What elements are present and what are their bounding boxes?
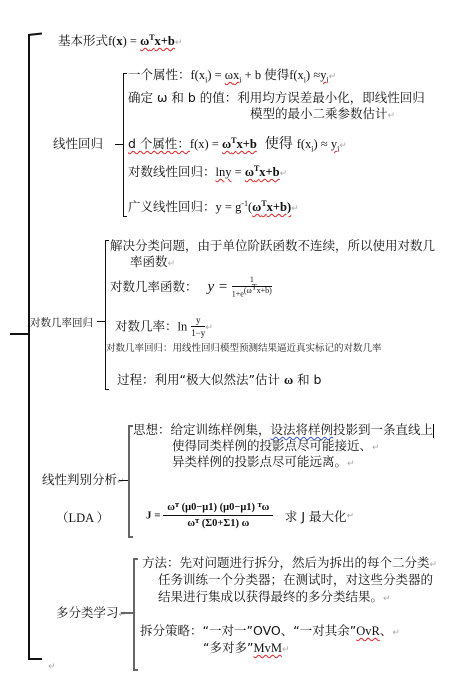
lr-item-log-linear: 对数线性回归：lny = ωTx+b↵ [128, 164, 287, 182]
logr-item-motivation: 解决分类问题，由于单位阶跃函数不连续，所以使用对数几 [110, 238, 435, 254]
lda-idea-line3: 异类样例的投影点尽可能远离。↵ [172, 454, 355, 472]
lda-idea: 思想：给定训练样例集，设法将样例投影到一条直线上 [133, 422, 434, 438]
paragraph-mark: ↵ [175, 38, 183, 48]
lda-subtitle: （LDA ） [56, 510, 109, 526]
lda-tick [119, 480, 128, 481]
logistic-regression-bracket-top [105, 240, 109, 241]
multiclass-bracket-bottom [133, 669, 138, 671]
main-bracket-bottom [28, 658, 42, 660]
linear-regression-title: 线性回归 [53, 136, 103, 152]
sigmoid-fraction: 11+e(ωTx+b) [232, 274, 272, 300]
multiclass-method: 方法：先对问题进行拆分，然后为拆出的每个二分类↵ [142, 555, 437, 573]
logistic-regression-bracket [105, 240, 106, 390]
logr-item-motivation-cont: 率函数↵ [130, 254, 175, 272]
basic-form-label: 基本形式 [58, 33, 108, 48]
logistic-regression-tick [97, 321, 105, 322]
multiclass-method-line3: 结果进行集成以获得最终的多分类结果。↵ [158, 589, 391, 607]
paragraph-mark-end: ↵ [48, 662, 56, 672]
lr-item-generalized: 广义线性回归：y = g-1(ωTx+b)↵ [128, 199, 299, 217]
main-bracket-tick [10, 333, 28, 335]
log-odds-fraction: y1−y [191, 314, 205, 339]
basic-form: 基本形式f(x) = ωTx+b↵ [58, 33, 182, 51]
text-cursor [433, 424, 434, 438]
multiclass-bracket [133, 558, 135, 670]
lr-item-determine-w-b-cont: 模型的最小二乘参数估计↵ [250, 106, 395, 124]
linear-regression-bracket-top [123, 73, 127, 74]
multiclass-strategy-line2: “多对多”MvM↵ [203, 640, 289, 658]
linear-regression-bracket-bottom [123, 216, 127, 217]
multiclass-tick [121, 612, 133, 614]
main-bracket-vertical [28, 34, 30, 660]
logistic-regression-bracket-bottom [105, 389, 109, 390]
lda-bracket-bottom [128, 536, 133, 538]
main-bracket-top [28, 33, 42, 36]
logr-item-log-odds: 对数几率：ln y1−y↵ [115, 314, 213, 339]
lda-objective-fraction: ωᵀ (μ0−μ1) (μ0−μ1) ᵀωωᵀ (Σ0+Σ1) ω [163, 500, 273, 531]
lda-title: 线性判别分析↵ [42, 472, 125, 490]
lda-objective: J = ωᵀ (μ0−μ1) (μ0−μ1) ᵀωωᵀ (Σ0+Σ1) ω 求 … [146, 500, 354, 531]
logr-item-process: 过程：利用“极大似然法”估计 ω 和 b [117, 372, 322, 388]
linear-regression-bracket [123, 73, 124, 217]
multiclass-strategy: 拆分策略：“一对一”OVO、“一对其余”OvR、↵ [140, 623, 400, 641]
logr-item-logit-function: 对数几率函数： y = 11+e(ωTx+b) [110, 274, 272, 300]
linear-regression-tick [115, 144, 123, 145]
lr-item-one-attribute: 一个属性：f(xi) = ωxi + b 使得f(xi) ≈yi↵ [128, 67, 336, 85]
logr-item-definition: 对数几率回归：用线性回归模型预测结果逼近真实标记的对数几率 [106, 343, 382, 355]
multiclass-bracket-top [133, 558, 138, 560]
logistic-regression-title: 对数几率回归 [30, 316, 93, 330]
multiclass-title: 多分类学习↵ [56, 605, 126, 623]
lr-item-determine-w-b: 确定 ω 和 b 的值：利用均方误差最小化，即线性回归 [128, 90, 425, 106]
lr-item-d-attributes: d 个属性：f(x) = ωTx+b 使得 f(xi) ≈ yi↵ [128, 136, 347, 154]
multiclass-method-line2: 任务训练一个分类器；在测试时，对这些分类器的 [158, 572, 433, 588]
lda-bracket [128, 425, 130, 537]
